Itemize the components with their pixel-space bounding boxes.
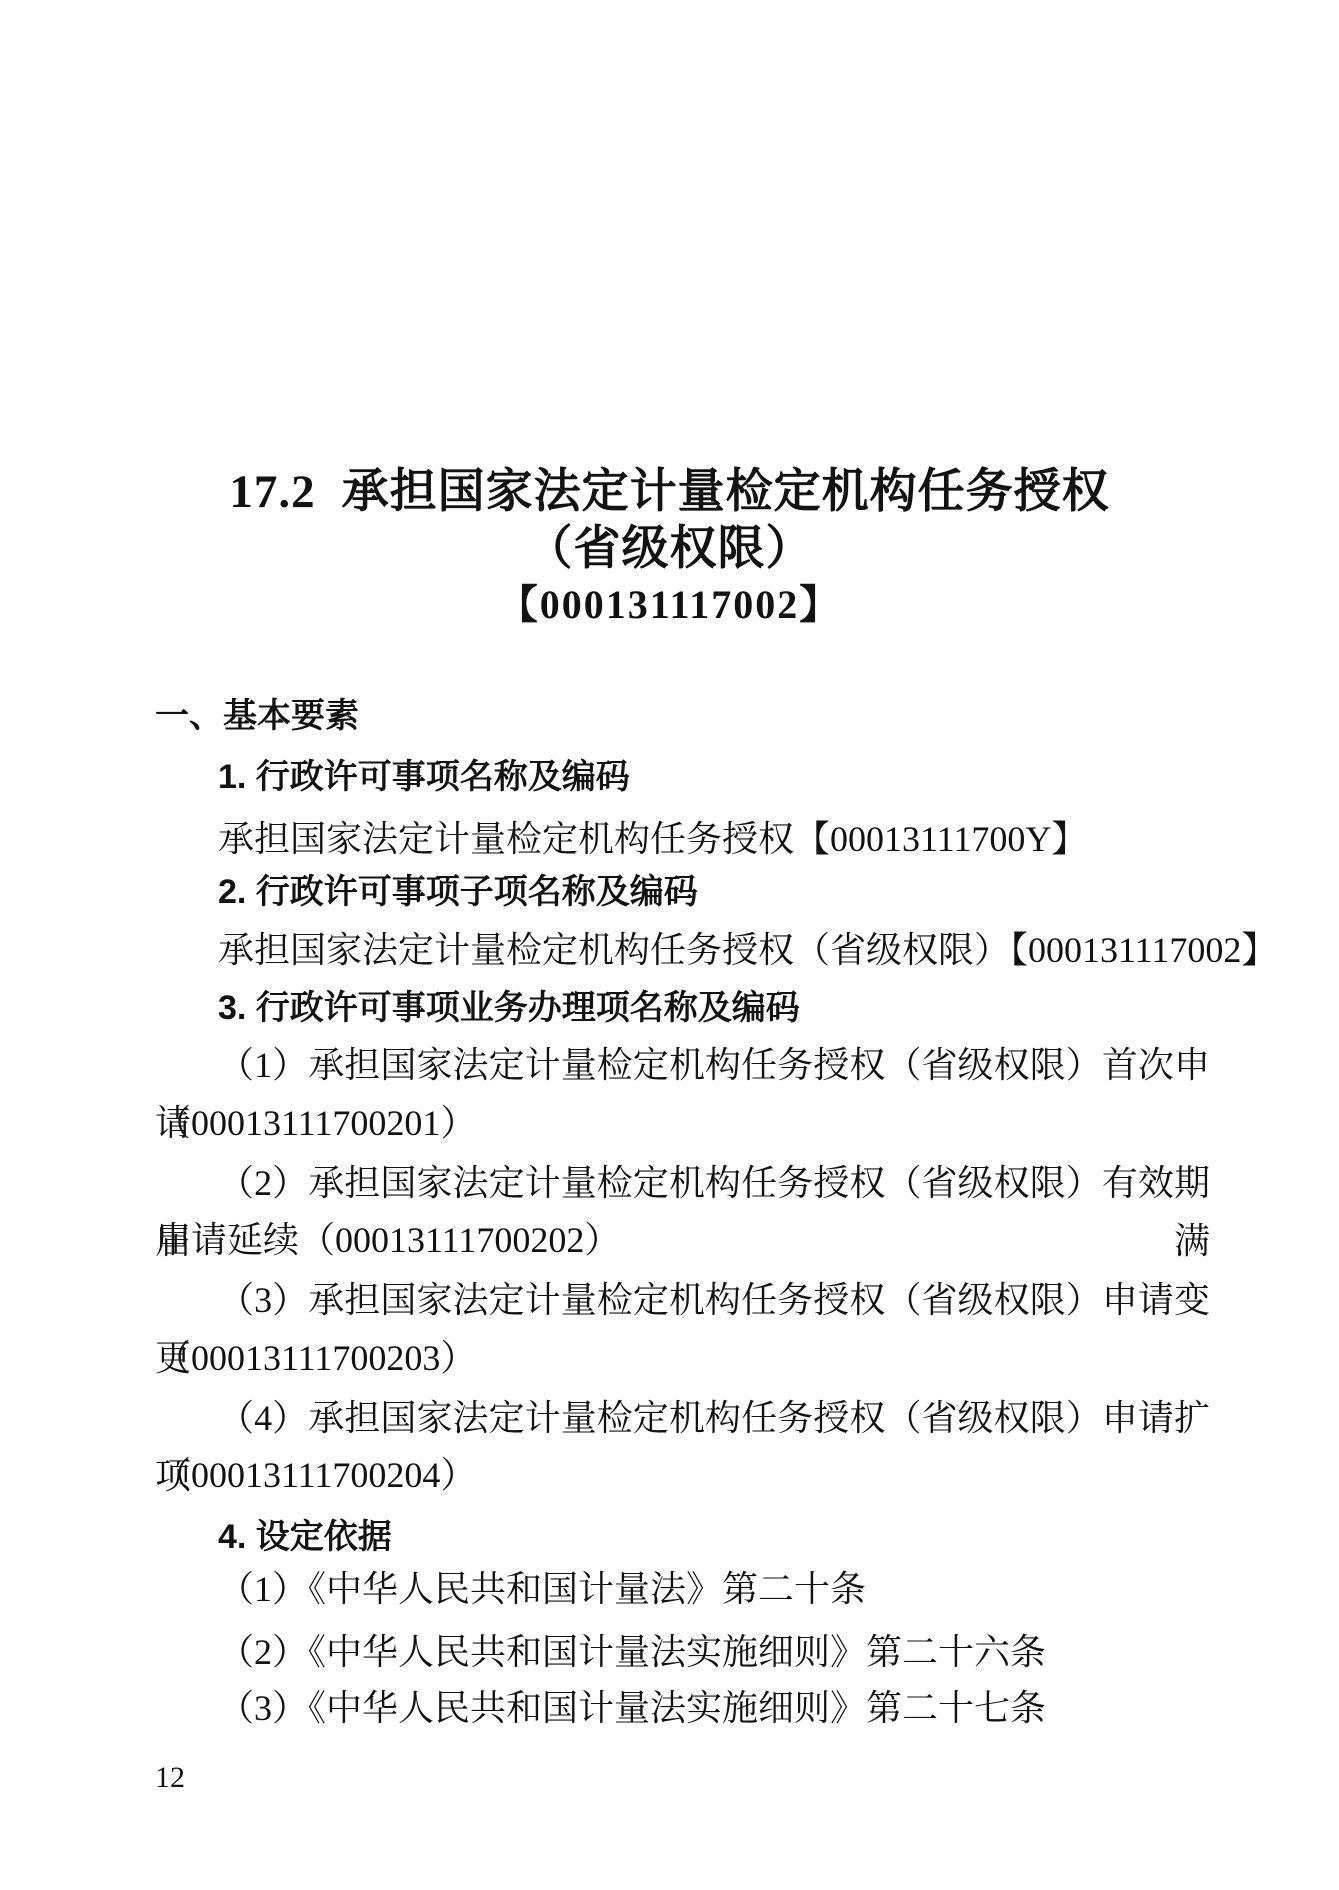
- business-item-3-line-1: （3）承担国家法定计量检定机构任务授权（省级权限）申请变更: [155, 1271, 1210, 1329]
- page-number: 12: [155, 1749, 355, 1807]
- paragraph-item-name-code: 承担国家法定计量检定机构任务授权【00013111700Y】: [155, 810, 1210, 868]
- chapter-title-line-2: （省级权限）: [0, 520, 1339, 578]
- legal-basis-item-2: （2）《中华人民共和国计量法实施细则》第二十六条: [155, 1623, 1210, 1681]
- chapter-title-line-1: 17.2承担国家法定计量检定机构任务授权: [0, 463, 1339, 521]
- legal-basis-item-3: （3）《中华人民共和国计量法实施细则》第二十七条: [155, 1679, 1210, 1737]
- business-item-1-line-2: （00013111700201）: [155, 1094, 1210, 1152]
- subheading-business-items: 3. 行政许可事项业务办理项名称及编码: [155, 979, 1210, 1037]
- chapter-number: 17.2: [229, 466, 315, 518]
- legal-basis-item-1: （1）《中华人民共和国计量法》第二十条: [155, 1560, 1210, 1618]
- paragraph-subitem-name-code: 承担国家法定计量检定机构任务授权（省级权限）【000131117002】: [155, 921, 1210, 979]
- business-item-4-line-2: （00013111700204）: [155, 1446, 1210, 1504]
- document-page: 17.2承担国家法定计量检定机构任务授权 （省级权限） 【00013111700…: [0, 0, 1339, 1890]
- section-heading: 一、基本要素: [155, 687, 1210, 745]
- chapter-title-text: 承担国家法定计量检定机构任务授权: [342, 466, 1110, 518]
- business-item-4-line-1: （4）承担国家法定计量检定机构任务授权（省级权限）申请扩项: [155, 1389, 1210, 1447]
- business-item-3-line-2: （00013111700203）: [155, 1329, 1210, 1387]
- document-content: 17.2承担国家法定计量检定机构任务授权 （省级权限） 【00013111700…: [155, 0, 1210, 1890]
- chapter-item-code: 【000131117002】: [0, 576, 1339, 634]
- subheading-item-name-code: 1. 行政许可事项名称及编码: [155, 748, 1210, 806]
- subheading-legal-basis: 4. 设定依据: [155, 1508, 1210, 1566]
- business-item-1-line-1: （1）承担国家法定计量检定机构任务授权（省级权限）首次申请: [155, 1036, 1210, 1094]
- subheading-subitem-name-code: 2. 行政许可事项子项名称及编码: [155, 863, 1210, 921]
- business-item-2-line-2: 申请延续（00013111700202）: [155, 1211, 1210, 1269]
- business-item-2-line-1: （2）承担国家法定计量检定机构任务授权（省级权限）有效期届满: [155, 1154, 1210, 1212]
